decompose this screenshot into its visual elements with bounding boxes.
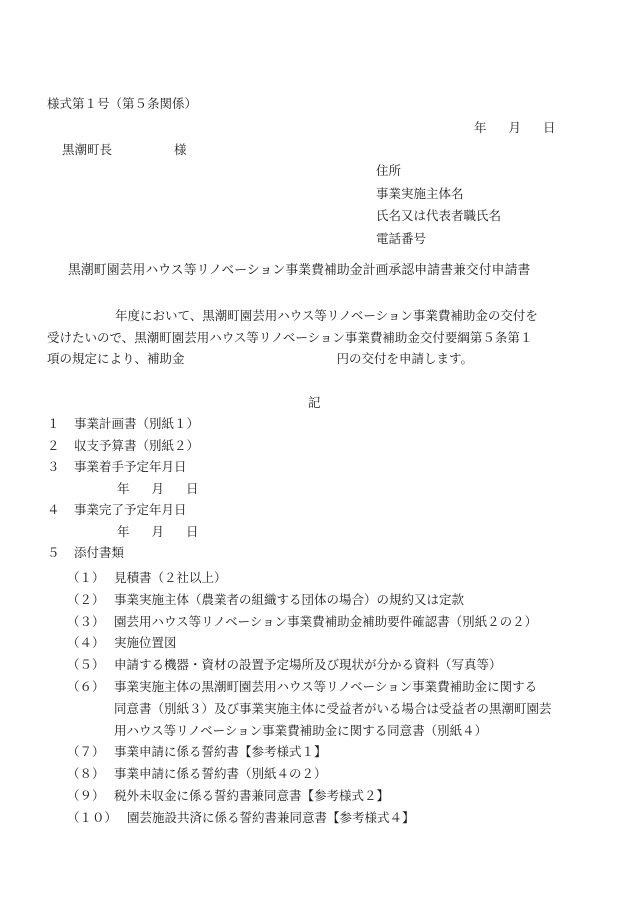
list-item: ２収支予算書（別紙２） bbox=[47, 438, 199, 460]
body-line-1: 年度において、黒潮町園芸用ハウス等リノベーション事業費補助金の交付を bbox=[47, 308, 538, 330]
applicant-representative-label: 氏名又は代表者職氏名 bbox=[376, 208, 501, 231]
attachment-item: （４）実施位置図 bbox=[67, 635, 552, 657]
list-item: ４事業完了予定年月日 bbox=[47, 502, 199, 524]
attachment-text: 事業申請に係る誓約書（別紙４の２） bbox=[114, 766, 327, 781]
addressee: 黒潮町長様 bbox=[62, 142, 187, 158]
item-number: ３ bbox=[47, 459, 74, 475]
applicant-entity-name-label: 事業実施主体名 bbox=[376, 186, 501, 209]
attachment-number: （３） bbox=[67, 614, 114, 630]
list-item: ３事業着手予定年月日 bbox=[47, 459, 199, 481]
body-line-3: 項の規定により、補助金円の交付を申請します。 bbox=[47, 351, 538, 373]
attachment-item: （７）事業申請に係る誓約書【参考様式１】 bbox=[67, 744, 552, 766]
attachment-number: （１０） bbox=[67, 810, 127, 826]
attachment-item: （９）税外未収金に係る誓約書兼同意書【参考様式２】 bbox=[67, 788, 552, 810]
month-label: 月 bbox=[152, 524, 165, 539]
attachment-item: （８）事業申請に係る誓約書（別紙４の２） bbox=[67, 766, 552, 788]
item-number: ２ bbox=[47, 438, 74, 454]
item-number: １ bbox=[47, 416, 74, 432]
application-body: 年度において、黒潮町園芸用ハウス等リノベーション事業費補助金の交付を 受けたいの… bbox=[47, 308, 538, 373]
attachment-text: 税外未収金に係る誓約書兼同意書【参考様式２】 bbox=[114, 788, 389, 803]
form-number: 様式第１号（第５条関係） bbox=[47, 96, 197, 112]
list-item: １事業計画書（別紙１） bbox=[47, 416, 199, 438]
items-list: １事業計画書（別紙１） ２収支予算書（別紙２） ３事業着手予定年月日 年月日 ４… bbox=[47, 416, 199, 567]
body-line-3-before: 項の規定により、補助金 bbox=[47, 351, 185, 366]
year-label: 年 bbox=[117, 481, 130, 496]
attachment-text: 見積書（２社以上） bbox=[114, 570, 227, 585]
item-text: 事業計画書（別紙１） bbox=[74, 416, 199, 431]
attachment-item-continuation: 同意書（別紙３）及び事業実施主体に受益者がいる場合は受益者の黒潮町園芸 bbox=[67, 701, 552, 723]
attachments-list: （１）見積書（２社以上） （２）事業実施主体（農業者の組織する団体の場合）の規約… bbox=[67, 570, 552, 832]
attachment-text: 申請する機器・資材の設置予定場所及び現状が分かる資料（写真等） bbox=[114, 657, 502, 672]
attachment-item: （３）園芸用ハウス等リノベーション事業費補助金補助要件確認書（別紙２の２） bbox=[67, 614, 552, 636]
applicant-phone-label: 電話番号 bbox=[376, 231, 501, 254]
addressee-name: 黒潮町長 bbox=[62, 142, 112, 157]
ki-heading: 記 bbox=[308, 395, 321, 411]
item-text: 収支予算書（別紙２） bbox=[74, 438, 199, 453]
attachment-item: （５）申請する機器・資材の設置予定場所及び現状が分かる資料（写真等） bbox=[67, 657, 552, 679]
item-number: ４ bbox=[47, 502, 74, 518]
attachment-item: （６）事業実施主体の黒潮町園芸用ハウス等リノベーション事業費補助金に関する bbox=[67, 679, 552, 701]
year-label: 年 bbox=[117, 524, 130, 539]
date-day-label: 日 bbox=[543, 120, 556, 136]
body-line-3-after: 円の交付を申請します。 bbox=[337, 351, 474, 366]
attachment-item-continuation: 用ハウス等リノベーション事業費補助金に関する同意書（別紙４） bbox=[67, 723, 552, 745]
item-text: 事業完了予定年月日 bbox=[74, 502, 187, 517]
body-line-2: 受けたいので、黒潮町園芸用ハウス等リノベーション事業費補助金交付要綱第５条第１ bbox=[47, 330, 538, 352]
completion-date-blank: 年月日 bbox=[47, 524, 199, 546]
attachment-number: （４） bbox=[67, 635, 114, 651]
attachment-text: 実施位置図 bbox=[114, 635, 177, 650]
attachment-number: （２） bbox=[67, 592, 114, 608]
start-date-blank: 年月日 bbox=[47, 481, 199, 503]
attachment-item: （１）見積書（２社以上） bbox=[67, 570, 552, 592]
attachment-text: 事業申請に係る誓約書【参考様式１】 bbox=[114, 744, 327, 759]
applicant-fields: 住所 事業実施主体名 氏名又は代表者職氏名 電話番号 bbox=[376, 163, 501, 253]
application-date: 年月日 bbox=[474, 120, 556, 136]
attachment-text: 園芸施設共済に係る誓約書兼同意書【参考様式４】 bbox=[127, 810, 415, 825]
day-label: 日 bbox=[186, 524, 199, 539]
date-month-label: 月 bbox=[509, 120, 522, 136]
date-year-label: 年 bbox=[474, 120, 487, 136]
document-title: 黒潮町園芸用ハウス等リノベーション事業費補助金計画承認申請書兼交付申請書 bbox=[68, 263, 530, 279]
item-text: 添付書類 bbox=[74, 545, 124, 560]
attachment-number: （５） bbox=[67, 657, 114, 673]
attachment-item: （１０）園芸施設共済に係る誓約書兼同意書【参考様式４】 bbox=[67, 810, 552, 832]
attachment-number: （６） bbox=[67, 679, 114, 695]
attachment-text: 園芸用ハウス等リノベーション事業費補助金補助要件確認書（別紙２の２） bbox=[114, 614, 537, 629]
attachment-number: （１） bbox=[67, 570, 114, 586]
attachment-text: 事業実施主体の黒潮町園芸用ハウス等リノベーション事業費補助金に関する bbox=[114, 679, 537, 694]
attachment-number: （８） bbox=[67, 766, 114, 782]
day-label: 日 bbox=[186, 481, 199, 496]
month-label: 月 bbox=[152, 481, 165, 496]
item-text: 事業着手予定年月日 bbox=[74, 459, 187, 474]
attachment-item: （２）事業実施主体（農業者の組織する団体の場合）の規約又は定款 bbox=[67, 592, 552, 614]
applicant-address-label: 住所 bbox=[376, 163, 501, 186]
attachment-text: 事業実施主体（農業者の組織する団体の場合）の規約又は定款 bbox=[114, 592, 464, 607]
list-item: ５添付書類 bbox=[47, 545, 199, 567]
attachment-number: （９） bbox=[67, 788, 114, 804]
addressee-honorific: 様 bbox=[174, 142, 187, 158]
item-number: ５ bbox=[47, 545, 74, 561]
attachment-number: （７） bbox=[67, 744, 114, 760]
